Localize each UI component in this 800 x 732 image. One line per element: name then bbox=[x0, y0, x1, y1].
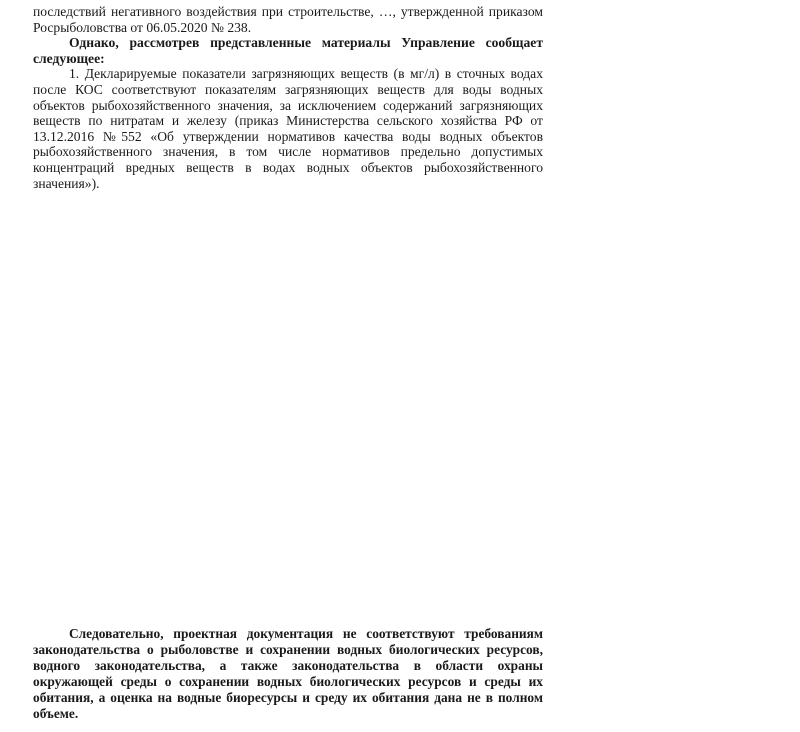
text-line: 1. Декларируемые показатели загрязняющих… bbox=[33, 66, 543, 82]
document-conclusion-section: Следовательно, проектная документация не… bbox=[33, 626, 543, 722]
text-line: веществ по нитратам и железу (приказ Мин… bbox=[33, 113, 543, 129]
text-line: водного законодательства, а также законо… bbox=[33, 658, 543, 674]
text-line: последствий негативного воздействия при … bbox=[33, 4, 543, 20]
text-line: после КОС соответствуют показателям загр… bbox=[33, 82, 543, 98]
text-line: объектов рыбохозяйственного значения, за… bbox=[33, 98, 543, 114]
document-top-section: последствий негативного воздействия при … bbox=[33, 4, 543, 191]
text-line: Росрыболовства от 06.05.2020 № 238. bbox=[33, 20, 543, 36]
text-line: концентраций вредных веществ в водах вод… bbox=[33, 160, 543, 176]
text-line: следующее: bbox=[33, 51, 543, 67]
paragraph-conclusion: Следовательно, проектная документация не… bbox=[33, 626, 543, 722]
text-line: окружающей среды о сохранении водных био… bbox=[33, 674, 543, 690]
text-line: Однако, рассмотрев представленные матери… bbox=[33, 35, 543, 51]
paragraph-continuation: последствий негативного воздействия при … bbox=[33, 4, 543, 35]
text-line: значения»). bbox=[33, 176, 543, 192]
text-line: объеме. bbox=[33, 706, 543, 722]
paragraph-item-1: 1. Декларируемые показатели загрязняющих… bbox=[33, 66, 543, 191]
document-page: последствий негативного воздействия при … bbox=[0, 0, 800, 732]
text-line: рыбохозяйственного значения, в том числе… bbox=[33, 144, 543, 160]
text-line: обитания, а оценка на водные биоресурсы … bbox=[33, 690, 543, 706]
paragraph-however: Однако, рассмотрев представленные матери… bbox=[33, 35, 543, 66]
text-line: 13.12.2016 №552 «Об утверждении норматив… bbox=[33, 129, 543, 145]
text-line: Следовательно, проектная документация не… bbox=[33, 626, 543, 642]
text-line: законодательства о рыболовстве и сохране… bbox=[33, 642, 543, 658]
